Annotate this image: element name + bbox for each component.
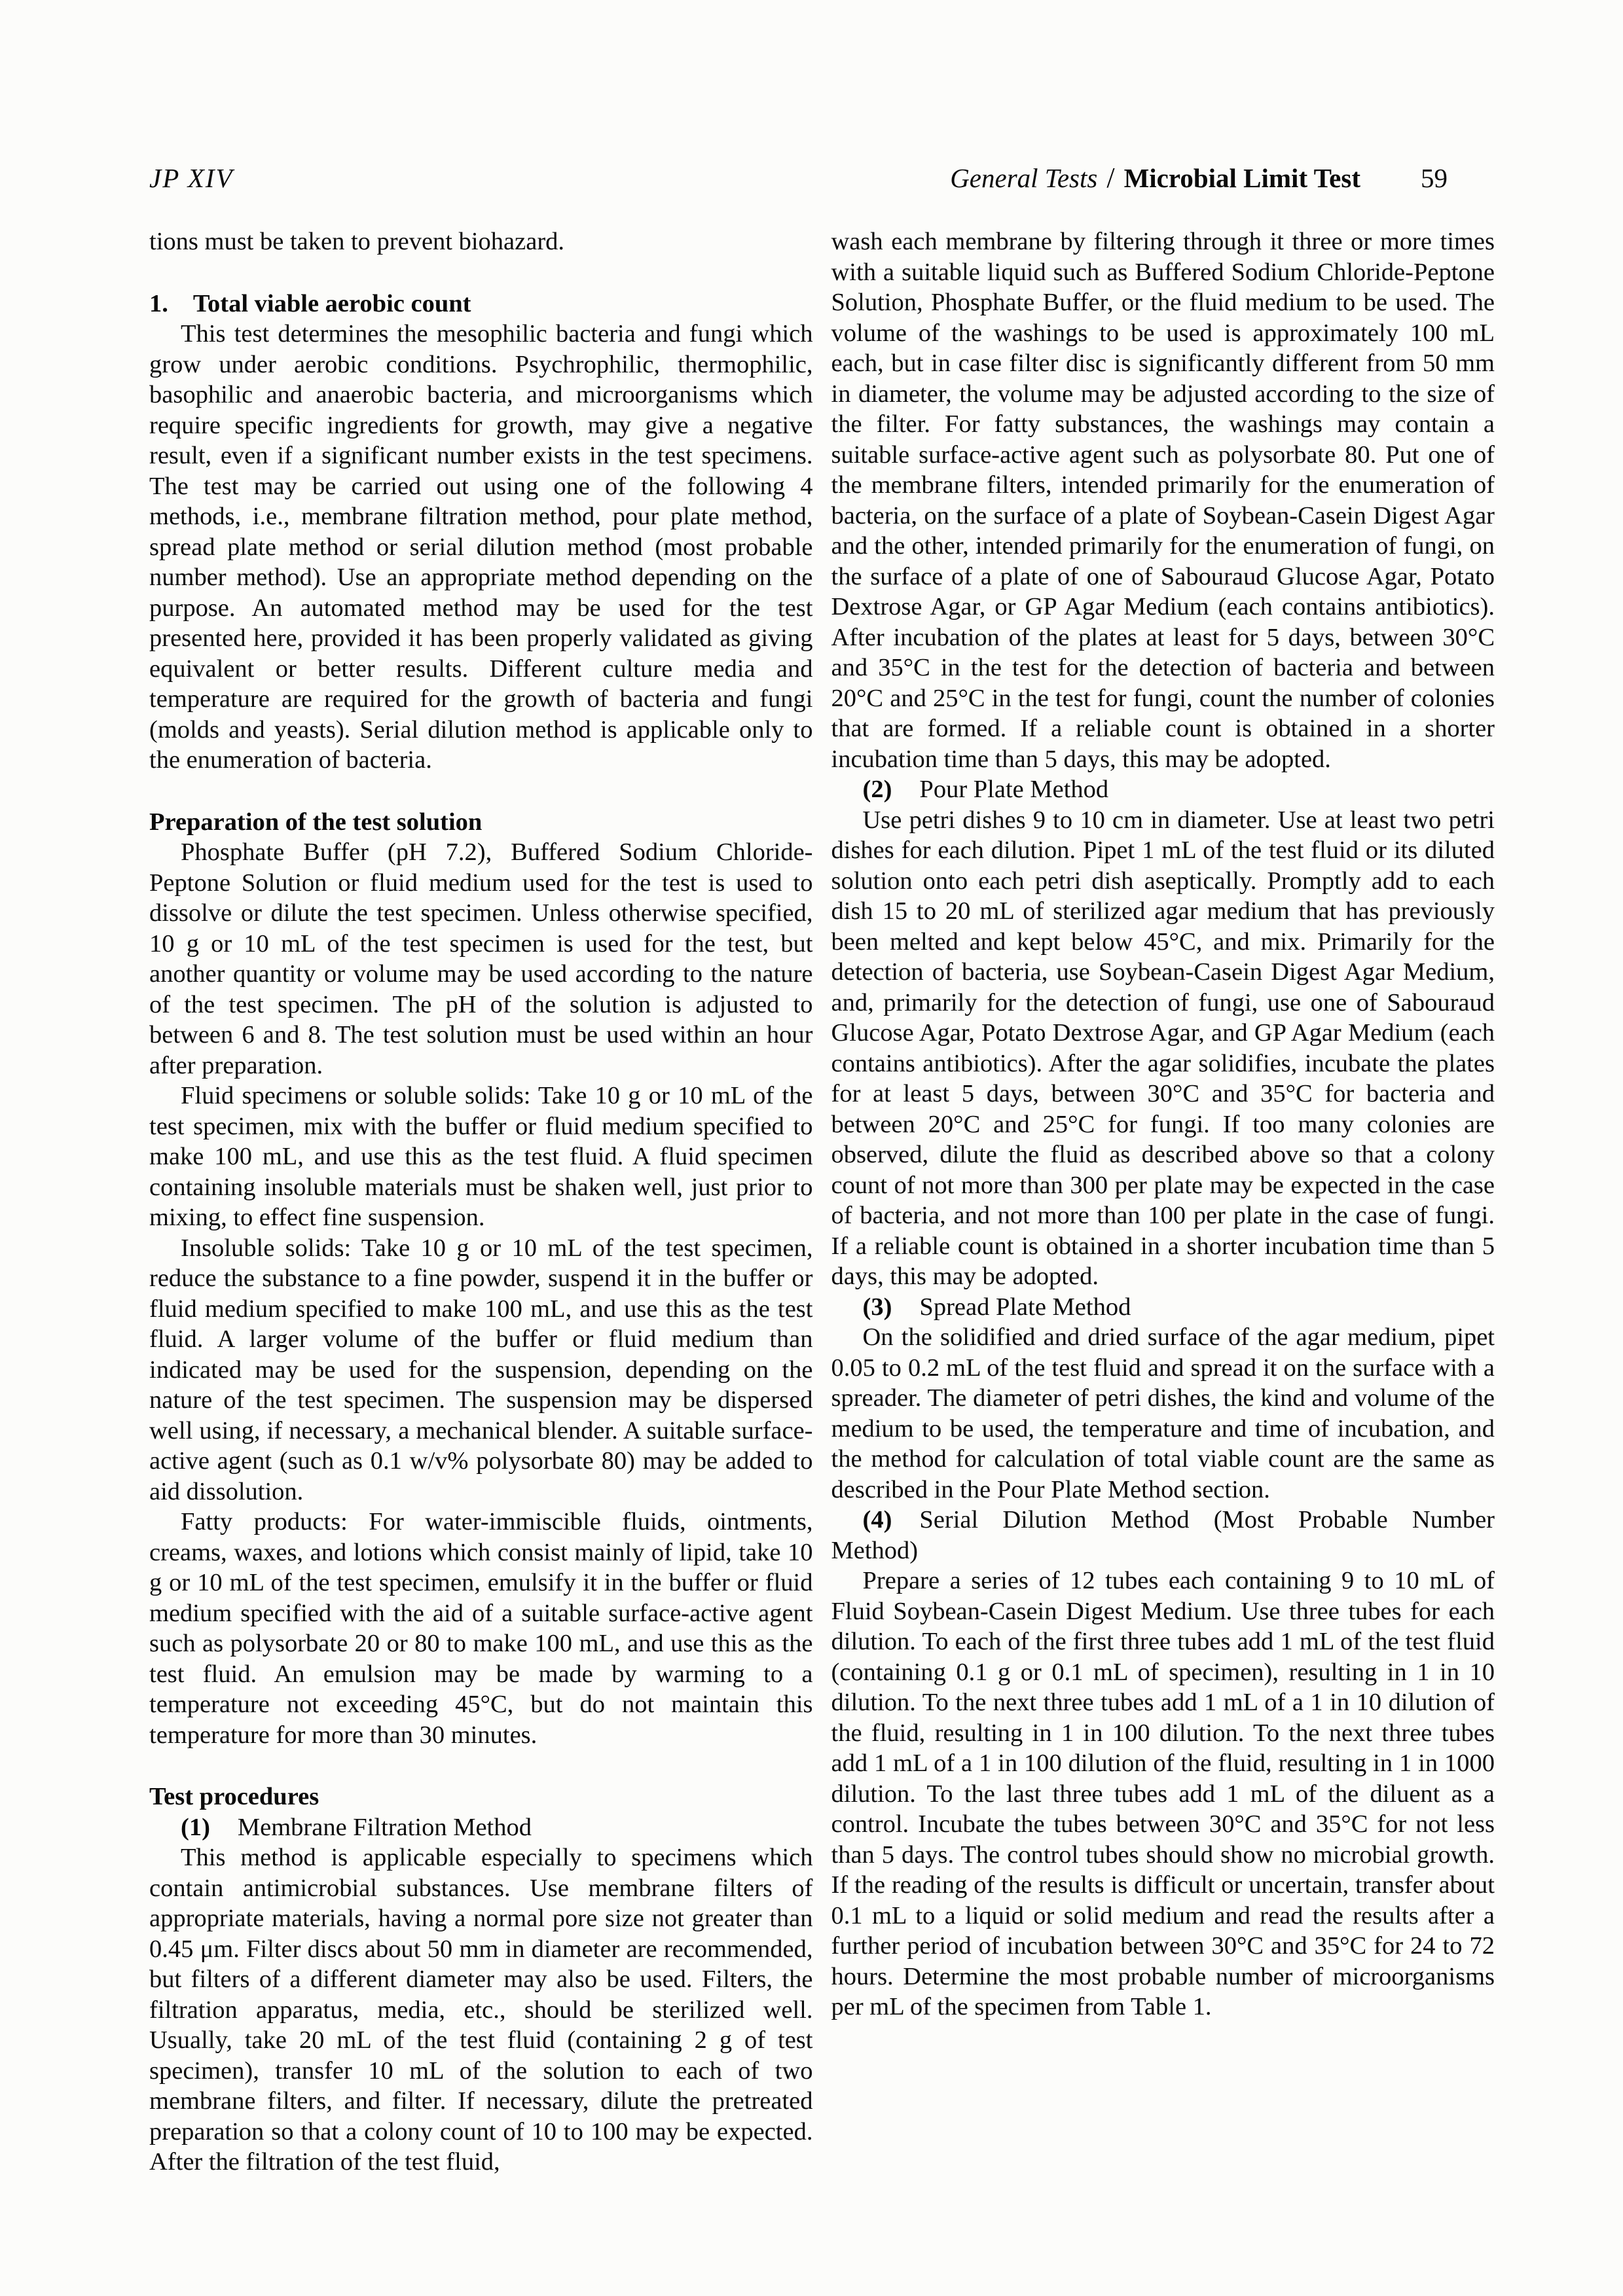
paragraph-serial-dilution: Prepare a series of 12 tubes each contai… [831, 1566, 1495, 2022]
subheading-serial-dilution: (4)Serial Dilution Method (Most Probable… [831, 1505, 1495, 1566]
subheading-membrane-filtration: (1)Membrane Filtration Method [149, 1812, 813, 1843]
subheading-text: Pour Plate Method [919, 776, 1108, 803]
page-body: tions must be taken to prevent biohazard… [149, 226, 1495, 2178]
subheading-pour-plate: (2)Pour Plate Method [831, 774, 1495, 805]
paragraph-membrane-filtration-1: This method is applicable especially to … [149, 1842, 813, 2178]
subheading-number: (2) [863, 776, 892, 803]
document-page: JP XIV General Tests / Microbial Limit T… [0, 0, 1623, 2296]
paragraph-fatty-products: Fatty products: For water-immiscible flu… [149, 1507, 813, 1750]
running-header: JP XIV General Tests / Microbial Limit T… [149, 162, 1495, 194]
subheading-spread-plate: (3)Spread Plate Method [831, 1292, 1495, 1323]
section-title-bold: Microbial Limit Test [1124, 162, 1360, 194]
paragraph-pour-plate: Use petri dishes 9 to 10 cm in diameter.… [831, 805, 1495, 1292]
journal-title: JP XIV [149, 162, 234, 194]
paragraph-biohazard-continuation: tions must be taken to prevent biohazard… [149, 226, 813, 257]
subheading-number: (4) [863, 1506, 892, 1534]
subheading-text: Spread Plate Method [919, 1293, 1131, 1321]
left-column: tions must be taken to prevent biohazard… [149, 226, 813, 2178]
heading-number: 1. [149, 290, 168, 317]
subheading-number: (3) [863, 1293, 892, 1321]
subheading-text: Membrane Filtration Method [238, 1814, 532, 1841]
section-title-italic: General Tests [950, 162, 1097, 194]
heading-test-procedures: Test procedures [149, 1782, 813, 1812]
paragraph-spread-plate: On the solidified and dried surface of t… [831, 1322, 1495, 1505]
subheading-text: Serial Dilution Method (Most Probable Nu… [831, 1506, 1495, 1564]
heading-preparation-test-solution: Preparation of the test solution [149, 807, 813, 838]
header-right: General Tests / Microbial Limit Test 59 [950, 162, 1495, 194]
right-column: wash each membrane by filtering through … [831, 226, 1495, 2178]
paragraph-membrane-filtration-2: wash each membrane by filtering through … [831, 226, 1495, 774]
heading-text: Total viable aerobic count [193, 290, 471, 317]
paragraph-insoluble-solids: Insoluble solids: Take 10 g or 10 mL of … [149, 1233, 813, 1507]
heading-total-viable-aerobic-count: 1.Total viable aerobic count [149, 289, 813, 319]
paragraph-buffer-preparation: Phosphate Buffer (pH 7.2), Buffered Sodi… [149, 837, 813, 1081]
paragraph-fluid-specimens: Fluid specimens or soluble solids: Take … [149, 1081, 813, 1233]
subheading-number: (1) [181, 1814, 210, 1841]
paragraph-test-overview: This test determines the mesophilic bact… [149, 319, 813, 776]
page-number: 59 [1421, 162, 1448, 194]
title-separator: / [1097, 162, 1123, 194]
